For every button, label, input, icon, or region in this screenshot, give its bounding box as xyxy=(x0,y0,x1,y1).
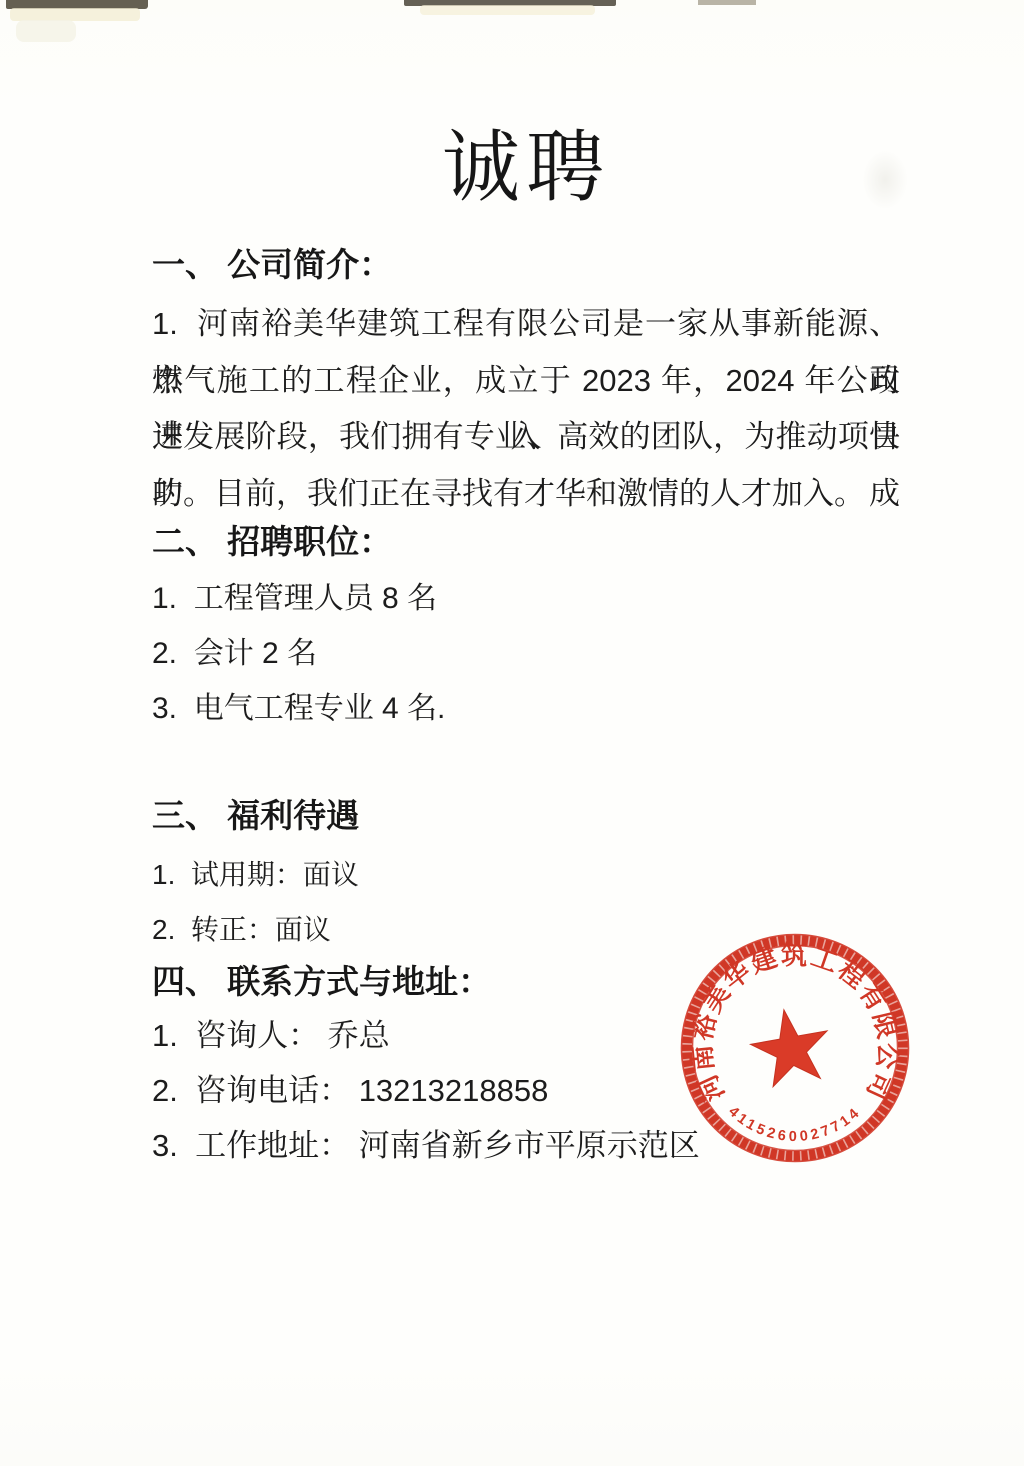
section-heading-positions: 二、 招聘职位： xyxy=(152,521,900,563)
seal-star-icon xyxy=(746,1003,835,1089)
position-item: 2. 会计 2 名 xyxy=(152,634,900,674)
position-item: 1. 工程管理人员 8 名 xyxy=(152,579,900,619)
paragraph-line: 1. 河南裕美华建筑工程有限公司是一家从事新能源、市政 xyxy=(152,296,900,353)
scan-artifact-top-left-blob xyxy=(16,20,76,42)
scanned-document-page: 诚聘 一、 公司简介： 1. 河南裕美华建筑工程有限公司是一家从事新能源、市政 … xyxy=(0,0,1024,1466)
scan-artifact-top-left xyxy=(6,0,148,9)
company-intro-paragraph: 1. 河南裕美华建筑工程有限公司是一家从事新能源、市政 燃气施工的工程企业，成立… xyxy=(152,296,900,522)
scan-artifact-top-center-smear xyxy=(420,5,595,15)
scan-artifact-top-left-smear xyxy=(10,8,140,21)
section-heading-company-intro: 一、 公司简介： xyxy=(152,244,900,286)
scan-artifact-top-center xyxy=(404,0,616,6)
paragraph-line: 功。目前，我们正在寻找有才华和激情的人才加入。 xyxy=(152,466,900,523)
benefit-item: 1. 试用期：面议 xyxy=(152,855,900,895)
page-title: 诚聘 xyxy=(152,122,900,214)
paragraph-line: 速发展阶段，我们拥有专业、高效的团队，为推动项目的成 xyxy=(152,409,900,466)
company-seal-stamp: 河南裕美华建筑工程有限公司 4115260027714 xyxy=(675,928,915,1168)
section-heading-benefits: 三、 福利待遇 xyxy=(152,795,900,837)
position-item: 3. 电气工程专业 4 名. xyxy=(152,689,900,729)
company-seal-graphic: 河南裕美华建筑工程有限公司 4115260027714 xyxy=(675,928,915,1168)
scan-artifact-top-right xyxy=(698,0,756,5)
paragraph-line: 燃气施工的工程企业，成立于 2023 年，2024 年公司进入快 xyxy=(152,353,900,410)
